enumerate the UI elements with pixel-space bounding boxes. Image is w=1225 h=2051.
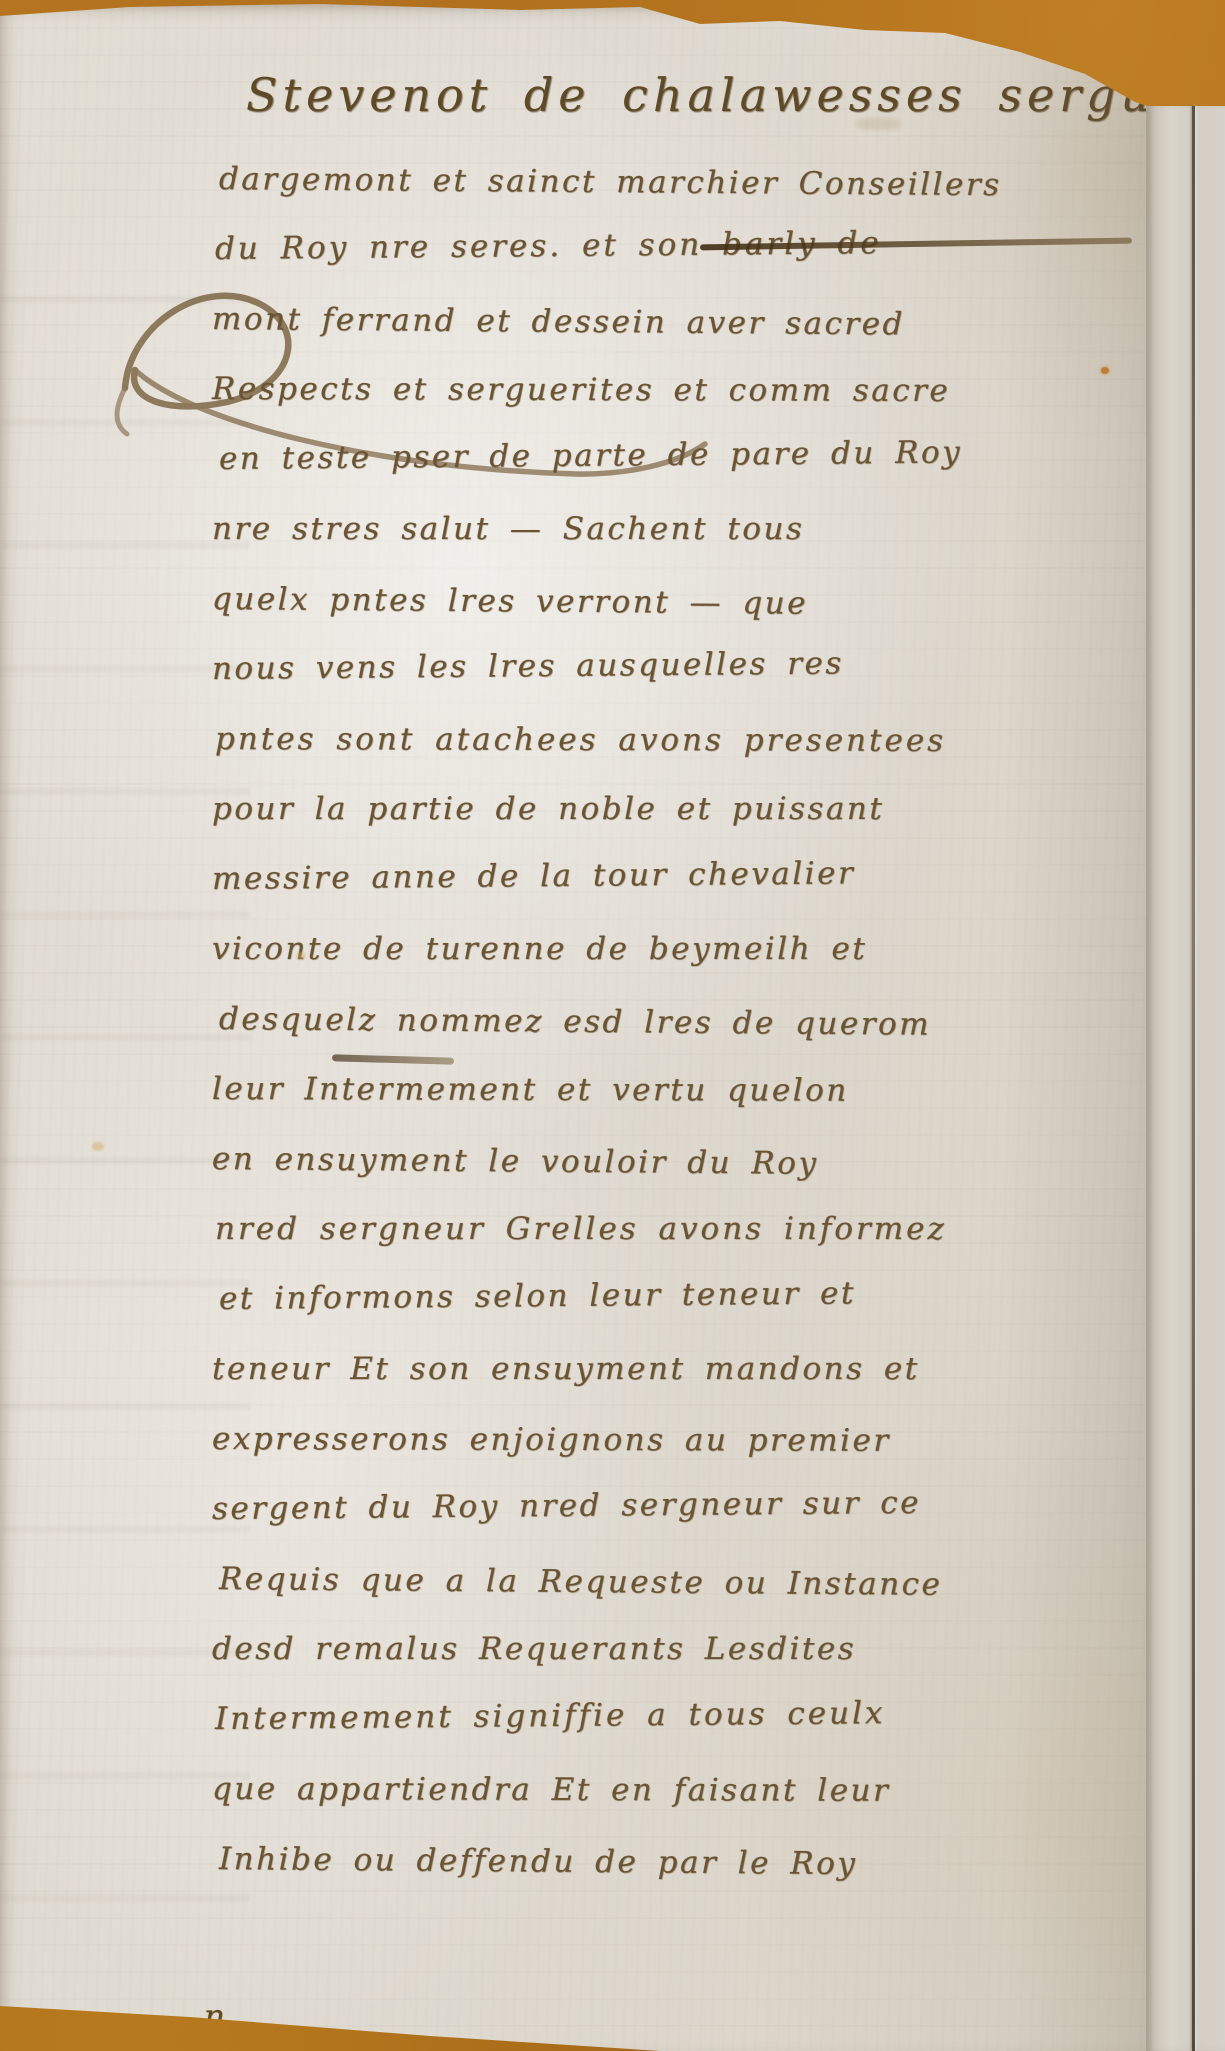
manuscript-line: dargemont et sainct marchier Conseillers	[212, 144, 1166, 221]
foxing-spot	[296, 952, 306, 960]
manuscript-line: teneur Et son ensuyment mandons et	[212, 1334, 1165, 1404]
manuscript-line: en ensuyment le vouloir du Roy	[212, 1124, 1166, 1201]
manuscript-line: mont ferrand et dessein aver sacred	[212, 284, 1166, 361]
fore-edge-crease	[1192, 106, 1195, 2051]
manuscript-line: sergent du Roy nred sergneur sur ce	[212, 1466, 1166, 1544]
manuscript-line: et informons selon leur teneur et	[212, 1256, 1166, 1334]
manuscript-line: pour la partie de noble et puissant	[212, 774, 1165, 844]
ink-rule	[700, 238, 1132, 251]
ink-rule	[332, 1054, 454, 1064]
manuscript-line: du Roy nre seres. et son barly de	[212, 206, 1166, 284]
manuscript-line: desquelz nommez esd lres de querom	[212, 984, 1166, 1061]
manuscript-line: expresserons enjoignons au premier	[212, 1404, 1165, 1476]
manuscript-line: Inhibe ou deffendu de par le Roy	[212, 1824, 1166, 1901]
paper-laid-lines	[0, 180, 250, 1931]
foxing-spot	[1101, 367, 1109, 374]
manuscript-line: Intermement signiffie a tous ceulx	[212, 1676, 1166, 1754]
manuscript-photograph: Stevenot de chalawesses serguerodargemon…	[0, 0, 1225, 2051]
manuscript-line: viconte de turenne de beymeilh et	[212, 914, 1165, 984]
manuscript-line: messire anne de la tour chevalier	[212, 836, 1166, 914]
opening-flourish	[55, 238, 715, 508]
manuscript-line: nred sergneur Grelles avons informez	[212, 1194, 1165, 1264]
manuscript-page: Stevenot de chalawesses serguerodargemon…	[0, 0, 1225, 2051]
underlying-page-fore-edge	[1146, 106, 1225, 2051]
manuscript-line: Respects et serguerites et comm sacre	[212, 354, 1165, 426]
manuscript-line: nre stres salut — Sachent tous	[212, 494, 1165, 564]
text-block: Stevenot de chalawesses serguerodargemon…	[212, 36, 1165, 1894]
manuscript-line: nous vens les lres ausquelles res	[212, 626, 1166, 704]
manuscript-line: pntes sont atachees avons presentees	[212, 704, 1165, 776]
manuscript-line: desd remalus Requerants Lesdites	[212, 1614, 1165, 1684]
manuscript-line: quelx pntes lres verront — que	[212, 564, 1166, 641]
manuscript-line: en teste pser de parte de pare du Roy	[212, 416, 1166, 494]
manuscript-line: que appartiendra Et en faisant leur	[212, 1754, 1165, 1826]
foxing-spot	[92, 1142, 104, 1151]
ink-smudge	[855, 118, 901, 130]
manuscript-line: leur Intermement et vertu quelon	[212, 1054, 1165, 1126]
manuscript-line: Requis que a la Requeste ou Instance	[212, 1544, 1166, 1621]
